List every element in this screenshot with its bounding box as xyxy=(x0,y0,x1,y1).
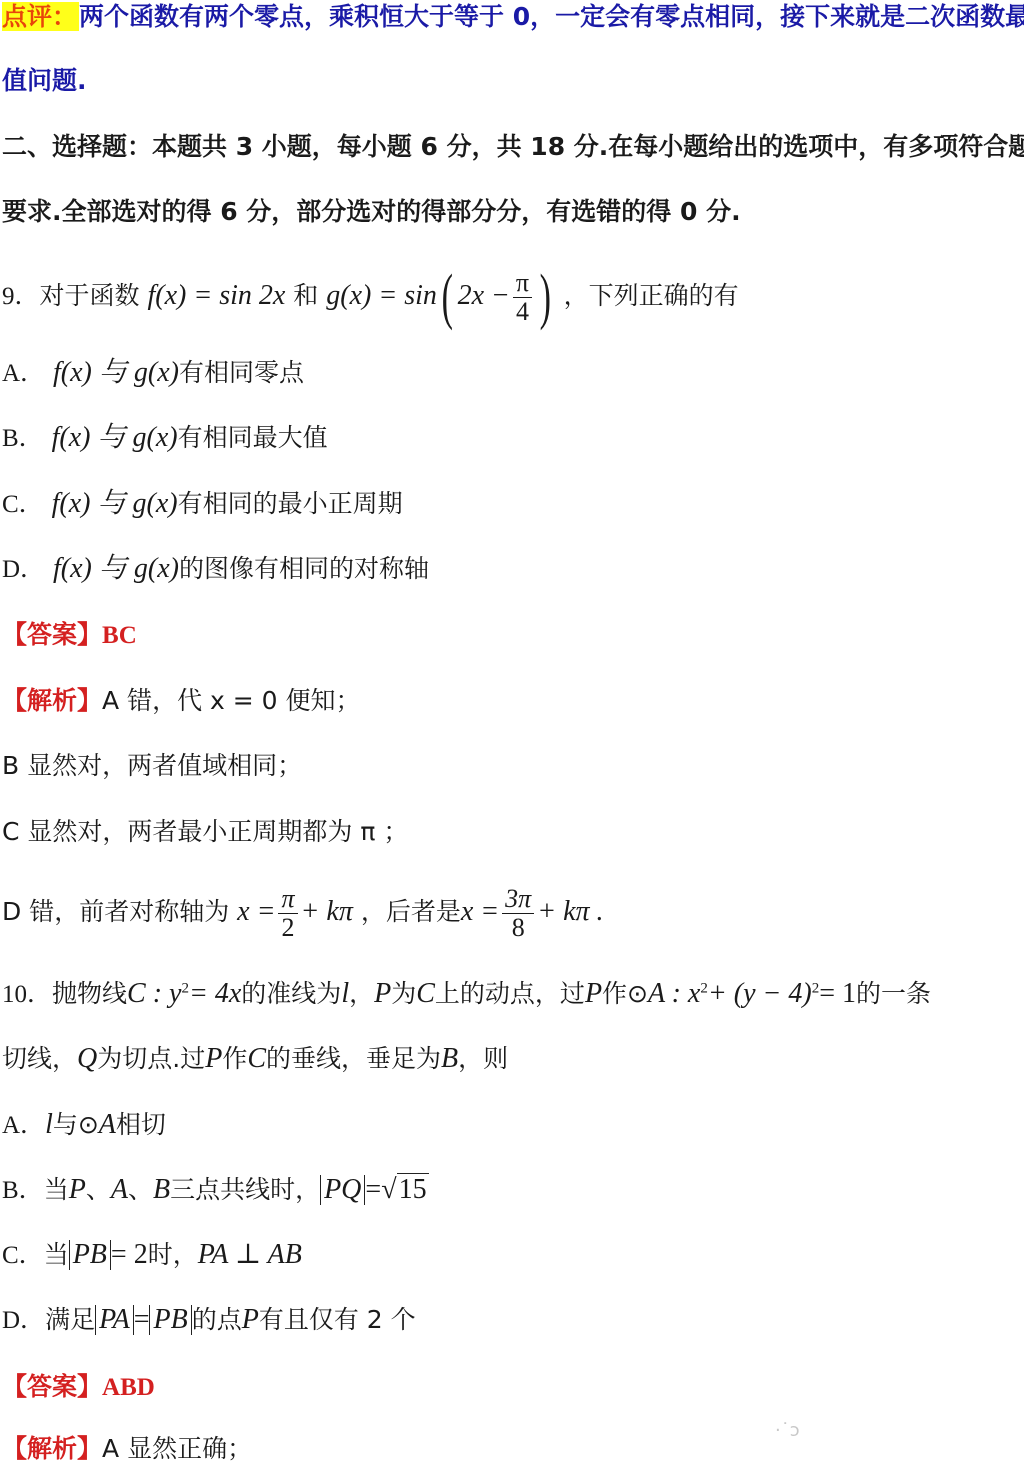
analysis-text: A 显然正确； xyxy=(102,1434,252,1463)
q9-analysis-a: 【解析】A 错，代 x = 0 便知； xyxy=(2,684,361,718)
frac-den: 2 xyxy=(279,914,298,942)
q10-l2-t1: 为切点.过 xyxy=(97,1044,205,1073)
comment-text-1: 两个函数有两个零点，乘积恒大于等于 0，一定会有零点相同，接下来就是二次函数最 xyxy=(79,2,1024,31)
option-t1: 当 xyxy=(44,1240,69,1269)
q10-circle-exp1: 2 xyxy=(700,981,708,997)
q10-mid5: 作⊙ xyxy=(602,979,648,1008)
option-a-point: A xyxy=(99,1109,116,1140)
option-letter: D． xyxy=(2,1307,45,1334)
q10-parabola-exp: 2 xyxy=(181,981,189,997)
frac-den: 8 xyxy=(509,914,528,942)
option-letter: C． xyxy=(2,1242,44,1269)
q10-option-b: B．当P、A、B三点共线时，PQ=√15 xyxy=(2,1173,429,1208)
option-abs-pq: PQ xyxy=(320,1175,365,1205)
option-math: f(x) 与 g(x) xyxy=(53,357,179,388)
answer-label: 【答案】 xyxy=(2,1372,102,1401)
q10-parabola: C : y xyxy=(127,978,181,1009)
option-t1: 当 xyxy=(44,1175,69,1204)
q10-wei: 为 xyxy=(391,979,416,1008)
q10-l2-t4: ，则 xyxy=(458,1044,508,1073)
option-eq: = xyxy=(365,1174,381,1205)
analysis-d-mid: ，后者是 xyxy=(361,897,461,926)
comment-line-2: 值问题. xyxy=(2,64,87,98)
q9-option-d: D． f(x) 与 g(x)的图像有相同的对称轴 xyxy=(2,552,429,587)
option-rel: PA ⊥ AB xyxy=(198,1239,302,1270)
q10-l2-t3: 的垂线，垂足为 xyxy=(266,1044,441,1073)
option-t1: 与⊙ xyxy=(53,1110,99,1139)
option-t3: 有且仅有 2 个 xyxy=(259,1305,416,1334)
frac-num: π xyxy=(513,269,532,298)
option-abs-pa: PA xyxy=(95,1305,134,1335)
option-letter: A． xyxy=(2,1112,45,1139)
q10-stem-line-1: 10．抛物线C : y2= 4x的准线为l，P为C上的动点，过P作⊙A : x2… xyxy=(2,977,931,1012)
analysis-d-k1: + kπ xyxy=(301,896,353,927)
q10-l: l xyxy=(341,978,349,1009)
frac-den: 4 xyxy=(513,298,532,326)
right-paren: ) xyxy=(540,266,551,328)
q10-l2-t2: 作 xyxy=(222,1044,247,1073)
q10-parabola-rhs: = 4x xyxy=(189,978,241,1009)
q10-circle-mid: + (y − 4) xyxy=(708,978,812,1009)
option-text: 有相同的最小正周期 xyxy=(178,489,403,518)
q10-l2-b: B xyxy=(441,1043,458,1074)
answer-label: 【答案】 xyxy=(2,620,102,649)
option-t2: 三点共线时， xyxy=(170,1175,320,1204)
q10-option-c: C．当PB= 2时，PA ⊥ AB xyxy=(2,1238,302,1273)
analysis-d-frac2: 3π8 xyxy=(502,885,534,942)
q9-option-a: A． f(x) 与 g(x)有相同零点 xyxy=(2,356,304,391)
analysis-text: A 错，代 x = 0 便知； xyxy=(102,686,361,715)
q9-analysis-d: D 错，前者对称轴为 x =π2+ kπ ，后者是x =3π8+ kπ . xyxy=(2,880,604,944)
frac-num: 3π xyxy=(502,885,534,914)
option-math: f(x) 与 g(x) xyxy=(53,553,179,584)
option-b-point: B xyxy=(153,1174,170,1205)
option-t2: 相切 xyxy=(116,1110,166,1139)
option-text: 有相同最大值 xyxy=(178,423,328,452)
q10-mid4: 上的动点，过 xyxy=(435,979,585,1008)
section-header-line-1: 二、选择题：本题共 3 小题，每小题 6 分，共 18 分.在每小题给出的选项中… xyxy=(2,130,1024,164)
option-letter: A． xyxy=(2,360,45,387)
analysis-d-pre: D 错，前者对称轴为 xyxy=(2,897,229,926)
option-t2: 的点 xyxy=(192,1305,242,1334)
watermark: ·˙ͻ xyxy=(775,1420,800,1441)
option-p: P xyxy=(242,1304,259,1335)
q9-option-c: C． f(x) 与 g(x)有相同的最小正周期 xyxy=(2,487,403,522)
q10-l2-pre: 切线， xyxy=(2,1044,77,1073)
q10-l2-c: C xyxy=(247,1043,266,1074)
q10-option-a: A．l与⊙A相切 xyxy=(2,1108,166,1143)
analysis-label: 【解析】 xyxy=(2,1434,102,1463)
left-paren: ( xyxy=(442,266,453,328)
q10-p2: P xyxy=(585,978,602,1009)
analysis-label: 【解析】 xyxy=(2,686,102,715)
option-text: 有相同零点 xyxy=(179,358,304,387)
q10-number: 10． xyxy=(2,981,52,1008)
sqrt-radicand: 15 xyxy=(397,1173,429,1205)
option-l: l xyxy=(45,1109,53,1140)
frac-num: π xyxy=(278,885,297,914)
answer-value: ABD xyxy=(102,1374,155,1401)
q9-analysis-b: B 显然对，两者值域相同； xyxy=(2,749,302,783)
analysis-d-k2: + kπ . xyxy=(537,896,603,927)
q10-c: C xyxy=(416,978,435,1009)
q9-option-b: B． f(x) 与 g(x)有相同最大值 xyxy=(2,421,328,456)
q9-stem-pre: 对于函数 xyxy=(40,281,140,310)
analysis-d-x2: x = xyxy=(461,896,499,927)
q10-circle: A : x xyxy=(648,978,700,1009)
q10-l2-q: Q xyxy=(77,1043,97,1074)
q10-answer: 【答案】ABD xyxy=(2,1370,155,1405)
option-letter: B． xyxy=(2,1177,44,1204)
option-sep1: 、 xyxy=(86,1175,111,1204)
q9-analysis-c: C 显然对，两者最小正周期都为 π ； xyxy=(2,815,408,849)
option-letter: D． xyxy=(2,556,45,583)
option-text: 的图像有相同的对称轴 xyxy=(179,554,429,583)
q9-g-arg: 2x − xyxy=(458,280,510,311)
option-a-point: A xyxy=(111,1174,128,1205)
q9-conj: 和 xyxy=(293,281,318,310)
option-math: f(x) 与 g(x) xyxy=(52,488,178,519)
q9-answer: 【答案】BC xyxy=(2,618,137,653)
q10-option-d: D．满足PA=PB的点P有且仅有 2 个 xyxy=(2,1303,416,1338)
q9-stem: 9．对于函数 f(x) = sin 2x 和 g(x) = sin(2x −π4… xyxy=(2,266,739,326)
q10-stem-line-2: 切线，Q为切点.过P作C的垂线，垂足为B，则 xyxy=(2,1042,508,1076)
option-math: f(x) 与 g(x) xyxy=(52,422,178,453)
analysis-d-x1: x = xyxy=(237,896,275,927)
option-p: P xyxy=(69,1174,86,1205)
option-sep2: 、 xyxy=(128,1175,153,1204)
sqrt-symbol: √15 xyxy=(381,1173,428,1207)
answer-value: BC xyxy=(102,622,137,649)
option-t2: 时， xyxy=(148,1240,198,1269)
option-t1: 满足 xyxy=(45,1305,95,1334)
q9-f-def: f(x) = sin 2x xyxy=(147,280,285,311)
option-eq: = xyxy=(134,1304,150,1335)
option-letter: C． xyxy=(2,491,44,518)
q10-mid: 的准线为 xyxy=(241,979,341,1008)
option-eq: = 2 xyxy=(111,1239,148,1270)
q10-p: P xyxy=(374,978,391,1009)
q9-g-def-pre: g(x) = sin xyxy=(326,280,437,311)
q10-analysis-a: 【解析】A 显然正确； xyxy=(2,1432,252,1466)
comment-line-1: 点评：两个函数有两个零点，乘积恒大于等于 0，一定会有零点相同，接下来就是二次函… xyxy=(2,0,1024,34)
q10-comma: ， xyxy=(349,979,374,1008)
q10-end: 的一条 xyxy=(856,979,931,1008)
option-abs-pb: PB xyxy=(149,1305,191,1335)
q10-circle-rhs: = 1 xyxy=(819,978,856,1009)
q9-number: 9． xyxy=(2,283,40,310)
section-header-line-2: 要求.全部选对的得 6 分，部分选对的得部分分，有选错的得 0 分. xyxy=(2,195,741,229)
analysis-d-frac1: π2 xyxy=(278,885,297,942)
option-abs-pb: PB xyxy=(69,1240,111,1270)
q9-fraction: π4 xyxy=(513,269,532,326)
comment-label: 点评： xyxy=(2,2,79,31)
option-letter: B． xyxy=(2,425,44,452)
q10-l2-p: P xyxy=(205,1043,222,1074)
q10-pre: 抛物线 xyxy=(52,979,127,1008)
q9-stem-post: ，下列正确的有 xyxy=(564,281,739,310)
